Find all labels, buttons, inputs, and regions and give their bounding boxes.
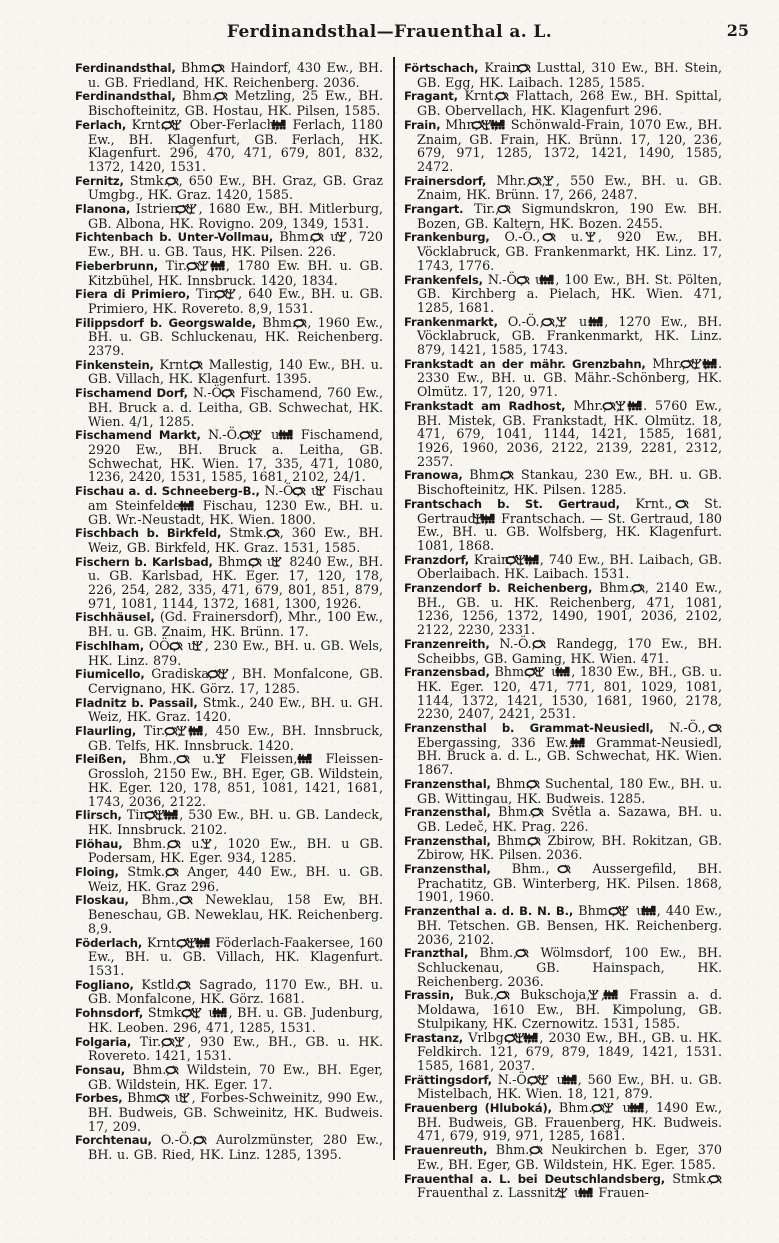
post-office-icon <box>206 1133 207 1147</box>
place-name: Frankstadt am Radhost, <box>404 399 565 413</box>
place-name: Franzthal, <box>404 946 468 960</box>
place-name: Frauenreuth, <box>404 1143 487 1157</box>
gazetteer-entry: Flirsch, Tir., , , , 530 Ew., BH. u. GB.… <box>75 808 383 836</box>
gazetteer-entry: Fladnitz b. Passail, Stmk., 240 Ew., BH.… <box>75 696 383 724</box>
entry-details: Tir., Sigmundskron, 190 Ew. BH. Bozen, G… <box>417 201 722 231</box>
gazetteer-entry: Forchtenau, O.-Ö., Aurolzmünster, 280 Ew… <box>75 1133 383 1161</box>
post-office-icon <box>189 752 190 766</box>
gazetteer-entry: Frankstadt an der mähr. Grenzbahn, Mhr.,… <box>404 357 722 399</box>
place-name: Finkenstein, <box>75 358 154 372</box>
post-office-icon <box>688 497 689 511</box>
gazetteer-entry: Frauenthal a. L. bei Deutschlandsberg, S… <box>404 1172 722 1200</box>
post-office-icon <box>227 89 228 103</box>
post-office-icon <box>182 639 183 653</box>
place-name: Franzensthal b. Grammat-Neusiedl, <box>404 721 654 735</box>
post-office-icon <box>169 1091 170 1105</box>
post-office-icon <box>555 230 556 244</box>
entry-details: Bhm., u. Fleissen, Fleissen-Grossloh, 21… <box>88 751 383 808</box>
gazetteer-entry: Franzensthal, Bhm., Zbirow, BH. Rokitzan… <box>404 834 722 862</box>
gazetteer-entry: Fleißen, Bhm., u. Fleissen, Fleissen-Gro… <box>75 752 383 808</box>
gazetteer-entry: Fiera di Primiero, Tir., , , 640 Ew., BH… <box>75 287 383 315</box>
railway-station-icon <box>654 904 657 918</box>
place-name: Fischhäusel, <box>75 610 155 624</box>
railway-station-icon <box>176 808 179 822</box>
railway-station-icon <box>640 399 643 413</box>
gazetteer-entry: Floskau, Bhm., Neweklau, 158 Ew, BH. Ben… <box>75 893 383 935</box>
place-name: Föderlach, <box>75 936 142 950</box>
gazetteer-page: Ferdinandsthal—Frauenthal a. L. 25 Ferdi… <box>0 0 779 1243</box>
gazetteer-entry: Fischamend Dorf, N.-Ö., Fischamend, 760 … <box>75 386 383 428</box>
place-name: Floing, <box>75 865 119 879</box>
railway-station-icon <box>583 736 586 750</box>
railway-station-icon <box>536 1031 539 1045</box>
gazetteer-entry: Ferdinandsthal, Bhm., Haindorf, 430 Ew.,… <box>75 61 383 89</box>
gazetteer-entry: Fiumicello, Gradiska, , , BH. Monfalcone… <box>75 667 383 695</box>
gazetteer-entry: Franzenreith, N.-Ö., Randegg, 170 Ew., B… <box>404 637 722 665</box>
post-office-icon <box>570 862 571 876</box>
gazetteer-entry: Flaurling, Tir., , , , 450 Ew., BH. Inns… <box>75 724 383 752</box>
place-name: Franzdorf, <box>404 553 469 567</box>
post-office-icon <box>540 834 541 848</box>
place-name: Fischamend Markt, <box>75 428 201 442</box>
post-office-icon <box>509 988 510 1002</box>
place-name: Ferlach, <box>75 118 126 132</box>
entry-details: Bhm., Wildstein, 70 Ew., BH. Eger, GB. W… <box>88 1062 383 1092</box>
gazetteer-entry: Franzensthal, Bhm., Aussergefild, BH. Pr… <box>404 862 722 904</box>
gazetteer-entry: Förtschach, Krain, Lusttal, 310 Ew., BH.… <box>404 61 722 89</box>
railway-station-icon <box>537 553 540 567</box>
gazetteer-entry: Fischau a. d. Schneeberg-B., N.-Ö., u. F… <box>75 484 383 526</box>
place-name: Fischlham, <box>75 639 144 653</box>
gazetteer-entry: Fohnsdorf, Stmk., , u. , BH. u. GB. Jude… <box>75 1006 383 1034</box>
railway-station-icon <box>225 1006 228 1020</box>
post-office-icon <box>508 89 509 103</box>
railway-station-icon <box>591 1186 594 1200</box>
post-office-icon <box>323 230 324 244</box>
place-name: Fischau a. d. Schneeberg-B., <box>75 484 260 498</box>
post-office-icon <box>545 637 546 651</box>
post-office-icon <box>190 978 191 992</box>
gazetteer-entry: Fieberbrunn, Tir., , , , 1780 Ew. BH. u.… <box>75 259 383 287</box>
gazetteer-entry: Franowa, Bhm., Stankau, 230 Ew., BH. u. … <box>404 468 722 496</box>
place-name: Frastanz, <box>404 1031 463 1045</box>
gazetteer-entry: Frain, Mhr., , , Schönwald-Frain, 1070 E… <box>404 118 722 174</box>
gazetteer-entry: Fischhäusel, (Gd. Frainersdorf), Mhr., 1… <box>75 610 383 638</box>
gazetteer-entry: Fonsau, Bhm., Wildstein, 70 Ew., BH. Ege… <box>75 1063 383 1091</box>
post-office-icon <box>528 946 529 960</box>
place-name: Frainersdorf, <box>404 174 486 188</box>
gazetteer-entry: Franzthal, Bhm., Wölmsdorf, 100 Ew., BH.… <box>404 946 722 988</box>
entry-details: Bhm., Neweklau, 158 Ew, BH. Beneschau, G… <box>88 892 383 935</box>
railway-station-icon <box>575 1073 578 1087</box>
gazetteer-entry: Frankstadt am Radhost, Mhr., , , . 5760 … <box>404 399 722 469</box>
entry-details: Stmk., , 650 Ew., BH. Graz, GB. Graz Umg… <box>88 173 383 203</box>
railway-station-icon <box>493 512 496 526</box>
gazetteer-entry: Frauenberg (Hluboká), Bhm., , u. , 1490 … <box>404 1101 722 1143</box>
railway-station-icon <box>715 357 718 371</box>
entry-details: Krnt., Flattach, 268 Ew., BH. Spittal, G… <box>417 88 722 118</box>
place-name: Frantschach b. St. Gertraud, <box>404 497 620 511</box>
railway-station-icon <box>568 665 571 679</box>
entry-details: Bhm., u. , 1020 Ew., BH. u GB. Podersam,… <box>88 836 383 866</box>
gazetteer-entry: Frangart. Tir., Sigmundskron, 190 Ew. BH… <box>404 202 722 230</box>
gazetteer-entry: Frastanz, Vrlbg., , , , 2030 Ew., BH., G… <box>404 1031 722 1073</box>
place-name: Floskau, <box>75 893 129 907</box>
gazetteer-entry: Frankenfels, N.-Ö., u. , 100 Ew., BH. St… <box>404 273 722 315</box>
place-name: Flanona, <box>75 202 130 216</box>
place-name: Fiera di Primiero, <box>75 287 190 301</box>
place-name: Franowa, <box>404 468 463 482</box>
place-name: Filippsdorf b. Georgswalde, <box>75 316 256 330</box>
gazetteer-entry: Fichtenbach b. Unter-Vollmau, Bhm., u. ,… <box>75 230 383 258</box>
gazetteer-entry: Folgaria, Tir., , , 930 Ew., BH., GB. u.… <box>75 1035 383 1063</box>
gazetteer-entry: Fernitz, Stmk., , 650 Ew., BH. Graz, GB.… <box>75 174 383 202</box>
post-office-icon <box>541 174 542 188</box>
entry-details: Istrien, , , 1680 Ew., BH. Mitlerburg, G… <box>88 201 383 231</box>
post-office-icon <box>721 1172 722 1186</box>
place-name: Fragant, <box>404 89 458 103</box>
place-name: Franzensthal, <box>404 777 491 791</box>
post-office-icon <box>202 358 203 372</box>
railway-station-icon <box>201 724 204 738</box>
post-office-icon <box>721 721 722 735</box>
gazetteer-entry: Föderlach, Krnt., , , Föderlach-Faakerse… <box>75 936 383 978</box>
place-name: Franzenreith, <box>404 637 490 651</box>
gazetteer-entry: Frankenburg, O.-Ö., u. , 920 Ew., BH. Vö… <box>404 230 722 272</box>
place-name: Frauenberg (Hluboká), <box>404 1101 552 1115</box>
railway-station-icon <box>642 1101 645 1115</box>
gazetteer-entry: Franzendorf b. Reichenberg, Bhm., , 2140… <box>404 581 722 637</box>
place-name: Franzensbad, <box>404 665 490 679</box>
post-office-icon <box>543 805 544 819</box>
post-office-icon <box>261 555 262 569</box>
place-name: Frangart. <box>404 202 463 216</box>
page-number: 25 <box>727 21 749 40</box>
place-name: Folgaria, <box>75 1035 131 1049</box>
post-office-icon <box>178 1063 179 1077</box>
place-name: Ferdinandsthal, <box>75 89 176 103</box>
railway-station-icon <box>223 259 226 273</box>
entry-details: Bhm., Stankau, 230 Ew., BH. u. GB. Bisch… <box>417 467 722 497</box>
post-office-icon <box>224 61 225 75</box>
place-name: Fischbach b. Birkfeld, <box>75 526 221 540</box>
post-office-icon <box>279 526 280 540</box>
railway-station-icon <box>291 428 294 442</box>
place-name: Fieberbrunn, <box>75 259 158 273</box>
post-office-icon <box>510 202 511 216</box>
place-name: Fischamend Dorf, <box>75 386 188 400</box>
place-name: Fohnsdorf, <box>75 1006 143 1020</box>
place-name: Fonsau, <box>75 1063 125 1077</box>
gazetteer-entry: Fischern b. Karlsbad, Bhm., u. 8240 Ew.,… <box>75 555 383 611</box>
column-left: Ferdinandsthal, Bhm., Haindorf, 430 Ew.,… <box>75 61 383 1200</box>
place-name: Flöhau, <box>75 837 123 851</box>
gazetteer-entry: Ferdinandsthal, Bhm., Metzling, 25 Ew., … <box>75 89 383 117</box>
post-office-icon <box>513 468 514 482</box>
railway-station-icon <box>208 936 211 950</box>
place-name: Franzenthal a. d. B. N. B., <box>404 904 573 918</box>
post-office-icon <box>644 581 645 595</box>
entry-details: Vrlbg., , , , 2030 Ew., BH., GB. u. HK. … <box>417 1030 722 1073</box>
post-office-icon <box>530 61 531 75</box>
gazetteer-entry: Frauenreuth, Bhm., Neukirchen b. Eger, 3… <box>404 1143 722 1171</box>
gazetteer-entry: Fischlham, OÖ., u. , 230 Ew., BH. u. GB.… <box>75 639 383 667</box>
railway-station-icon <box>601 315 604 329</box>
gazetteer-entry: Filippsdorf b. Georgswalde, Bhm., , 1960… <box>75 316 383 358</box>
gazetteer-entry: Franzenthal a. d. B. N. B., Bhm., , u. ,… <box>404 904 722 946</box>
gazetteer-entry: Fogliano, Kstld., Sagrado, 1170 Ew., BH.… <box>75 978 383 1006</box>
place-name: Fischern b. Karlsbad, <box>75 555 213 569</box>
gazetteer-entry: Frainersdorf, Mhr., , , 550 Ew., BH. u. … <box>404 174 722 202</box>
railway-station-icon <box>284 118 287 132</box>
place-name: Fogliano, <box>75 978 134 992</box>
gazetteer-entry: Franzensthal b. Grammat-Neusiedl, N.-Ö.,… <box>404 721 722 777</box>
place-name: Forbes, <box>75 1091 123 1105</box>
gazetteer-entry: Franzensthal, Bhm., Světla a. Sazawa, BH… <box>404 805 722 833</box>
place-name: Franzensthal, <box>404 805 491 819</box>
post-office-icon <box>178 174 179 188</box>
post-office-icon <box>539 777 540 791</box>
post-office-icon <box>180 837 181 851</box>
gazetteer-entry: Franzensbad, Bhm., . u. , 1830 Ew., BH.,… <box>404 665 722 721</box>
place-name: Franzensthal, <box>404 862 491 876</box>
gazetteer-entry: Frassin, Buk., Bukschoja, , Frassin a. d… <box>404 988 722 1030</box>
gazetteer-entry: Fischbach b. Birkfeld, Stmk., , 360 Ew.,… <box>75 526 383 554</box>
place-name: Frain, <box>404 118 440 132</box>
entry-details: Buk., Bukschoja, , Frassin a. d. Moldawa… <box>417 987 722 1030</box>
place-name: Fleißen, <box>75 752 126 766</box>
place-name: Frättingsdorf, <box>404 1073 492 1087</box>
place-name: Frankenfels, <box>404 273 483 287</box>
place-name: Flirsch, <box>75 808 122 822</box>
post-office-icon <box>305 484 306 498</box>
railway-station-icon <box>552 273 555 287</box>
page-title: Ferdinandsthal—Frauenthal a. L. <box>0 22 779 42</box>
post-office-icon <box>529 273 530 287</box>
entry-details: Stmk., Anger, 440 Ew., BH. u. GB. Weiz, … <box>88 864 383 894</box>
gazetteer-entry: Flöhau, Bhm., u. , 1020 Ew., BH. u GB. P… <box>75 837 383 865</box>
gazetteer-entry: Forbes, Bhm., u. , Forbes-Schweinitz, 99… <box>75 1091 383 1133</box>
post-office-icon <box>234 386 235 400</box>
place-name: Forchtenau, <box>75 1133 152 1147</box>
gazetteer-entry: Fischamend Markt, N.-Ö., , u. Fischamend… <box>75 428 383 484</box>
gazetteer-entry: Frantschach b. St. Gertraud, Krnt., St. … <box>404 497 722 553</box>
gazetteer-entry: Ferlach, Krnt., , Ober-Ferlach, Ferlach,… <box>75 118 383 174</box>
post-office-icon <box>542 1143 543 1157</box>
place-name: Fladnitz b. Passail, <box>75 696 198 710</box>
place-name: Ferdinandsthal, <box>75 61 176 75</box>
place-name: Fernitz, <box>75 174 124 188</box>
place-name: Frauenthal a. L. bei Deutschlandsberg, <box>404 1172 665 1186</box>
entry-details: Mhr., , , Schönwald-Frain, 1070 Ew., BH.… <box>417 117 722 174</box>
entry-details: Krnt., , Ober-Ferlach, Ferlach, 1180 Ew.… <box>88 117 383 174</box>
gazetteer-entry: Finkenstein, Krnt., Mallestig, 140 Ew., … <box>75 358 383 386</box>
gazetteer-entry: Frättingsdorf, N.-Ö., , u. , 560 Ew., BH… <box>404 1073 722 1101</box>
railway-station-icon <box>616 988 619 1002</box>
place-name: Fichtenbach b. Unter-Vollmau, <box>75 230 273 244</box>
post-office-icon <box>306 316 307 330</box>
place-name: Fiumicello, <box>75 667 145 681</box>
post-office-icon <box>178 865 179 879</box>
place-name: Flaurling, <box>75 724 136 738</box>
post-office-icon <box>192 893 193 907</box>
place-name: Franzendorf b. Reichenberg, <box>404 581 592 595</box>
gazetteer-entry: Franzdorf, Krain, , , , 740 Ew., BH. Lai… <box>404 553 722 581</box>
gazetteer-entry: Fragant, Krnt., Flattach, 268 Ew., BH. S… <box>404 89 722 117</box>
place-name: Frankenburg, <box>404 230 490 244</box>
gazetteer-entry: Flanona, Istrien, , , 1680 Ew., BH. Mitl… <box>75 202 383 230</box>
place-name: Frankenmarkt, <box>404 315 498 329</box>
place-name: Frassin, <box>404 988 454 1002</box>
post-office-icon <box>554 315 555 329</box>
railway-station-icon <box>192 499 195 513</box>
place-name: Förtschach, <box>404 61 478 75</box>
entry-details: Tir., , , , 530 Ew., BH. u. GB. Landeck,… <box>88 807 383 837</box>
entry-details: Tir., , , 930 Ew., BH., GB. u. HK. Rover… <box>88 1034 383 1064</box>
place-name: Frankstadt an der mähr. Grenzbahn, <box>404 357 646 371</box>
text-columns: Ferdinandsthal, Bhm., Haindorf, 430 Ew.,… <box>75 61 722 1200</box>
gazetteer-entry: Floing, Stmk., Anger, 440 Ew., BH. u. GB… <box>75 865 383 893</box>
railway-station-icon <box>310 752 313 766</box>
gazetteer-entry: Frankenmarkt, O.-Ö., , u. , 1270 Ew., BH… <box>404 315 722 357</box>
gazetteer-entry: Franzensthal, Bhm., Suchental, 180 Ew., … <box>404 777 722 805</box>
place-name: Franzensthal, <box>404 834 491 848</box>
entry-details: Bhm., u. , Forbes-Schweinitz, 990 Ew., B… <box>88 1090 383 1133</box>
column-right: Förtschach, Krain, Lusttal, 310 Ew., BH.… <box>404 61 722 1200</box>
railway-station-icon <box>503 118 506 132</box>
